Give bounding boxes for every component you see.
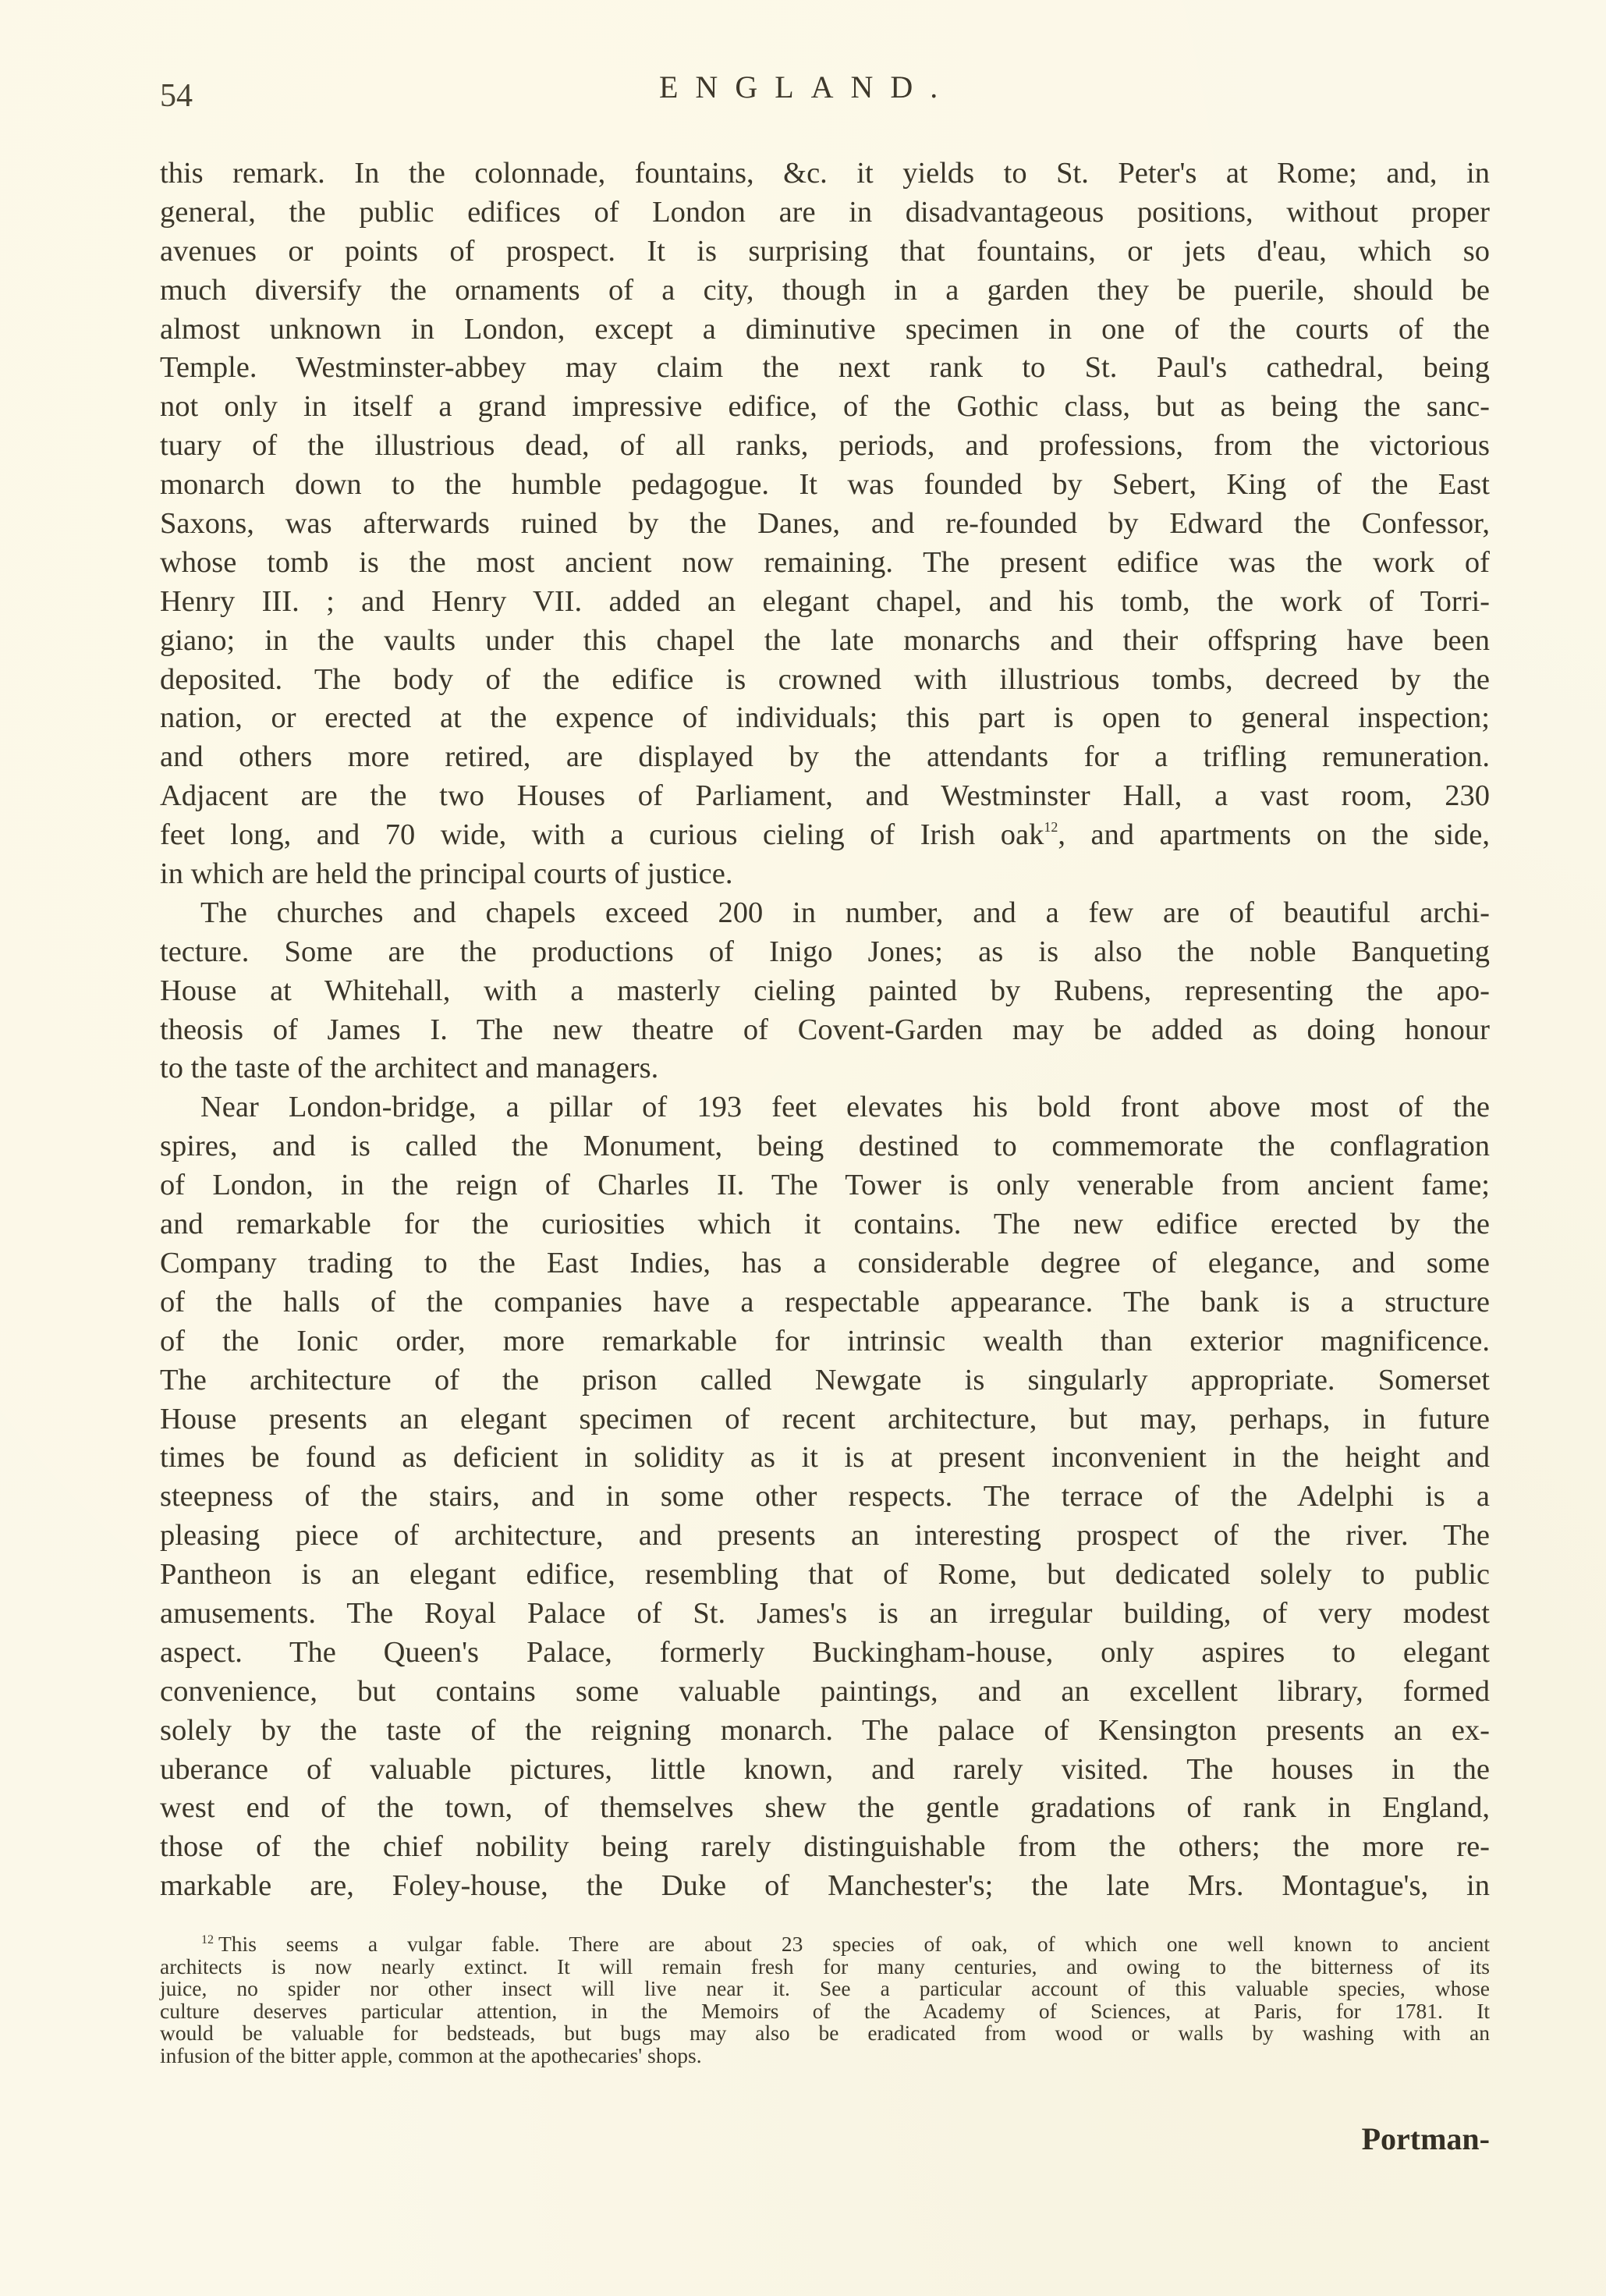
text-line: The architecture of the prison called Ne… [160,1361,1490,1400]
footnote-line: culture deserves particular attention, i… [160,2000,1490,2023]
text-line: those of the chief nobility being rarely… [160,1828,1490,1867]
text-line: nation, or erected at the expence of ind… [160,699,1490,738]
running-head: 54 ENGLAND. [160,72,1490,119]
text-line: House at Whitehall, with a masterly ciel… [160,972,1490,1011]
text-line: whose tomb is the most ancient now remai… [160,544,1490,583]
text-line: Henry III. ; and Henry VII. added an ele… [160,583,1490,622]
text-line: almost unknown in London, except a dimin… [160,311,1490,350]
text-segment: , and apartments on the side, [1058,818,1490,851]
running-title: ENGLAND. [659,72,955,103]
footnote-block: 12This seems a vulgar fable. There are a… [201,1933,1490,2067]
text-segment: feet long, and 70 wide, with a curious c… [160,818,1044,851]
footnote-reference[interactable]: 12 [1044,819,1058,835]
text-line: times be found as deficient in solidity … [160,1439,1490,1478]
text-line: Pantheon is an elegant edifice, resembli… [160,1556,1490,1595]
body-text: this remark. In the colonnade, fountains… [160,154,1490,1906]
text-line: markable are, Foley-house, the Duke of M… [160,1867,1490,1906]
text-line: avenues or points of prospect. It is sur… [160,232,1490,271]
text-line: steepness of the stairs, and in some oth… [160,1478,1490,1517]
text-line: tuary of the illustrious dead, of all ra… [160,427,1490,466]
text-line: of the Ionic order, more remarkable for … [160,1322,1490,1361]
text-line: aspect. The Queen's Palace, formerly Buc… [160,1634,1490,1673]
text-line: Adjacent are the two Houses of Parliamen… [160,777,1490,816]
text-line: of London, in the reign of Charles II. T… [160,1166,1490,1205]
text-line: in which are held the principal courts o… [160,855,1490,894]
text-line: monarch down to the humble pedagogue. It… [160,466,1490,505]
text-line: spires, and is called the Monument, bein… [160,1127,1490,1166]
text-line: House presents an elegant specimen of re… [160,1400,1490,1439]
footnote-line: would be valuable for bedsteads, but bug… [160,2022,1490,2045]
text-line: much diversify the ornaments of a city, … [160,271,1490,311]
footnote-line: infusion of the bitter apple, common at … [160,2045,1490,2067]
text-line: tecture. Some are the productions of Ini… [160,933,1490,972]
text-line: to the taste of the architect and manage… [160,1049,1490,1088]
text-line: uberance of valuable pictures, little kn… [160,1751,1490,1790]
text-line: this remark. In the colonnade, fountains… [160,154,1490,193]
footnote-line: juice, no spider nor other insect will l… [160,1978,1490,2000]
footnote-line: 12This seems a vulgar fable. There are a… [201,1933,1490,1956]
text-line: solely by the taste of the reigning mona… [160,1712,1490,1751]
page-number: 54 [160,80,193,112]
text-line-with-note: feet long, and 70 wide, with a curious c… [160,816,1490,855]
catchword: Portman- [1362,2124,1490,2155]
text-line: not only in itself a grand impressive ed… [160,388,1490,427]
footnote-marker: 12 [201,1933,214,1946]
text-line: west end of the town, of themselves shew… [160,1789,1490,1828]
text-line: Saxons, was afterwards ruined by the Dan… [160,505,1490,544]
text-line: theosis of James I. The new theatre of C… [160,1011,1490,1050]
text-line: giano; in the vaults under this chapel t… [160,622,1490,661]
text-line: and remarkable for the curiosities which… [160,1205,1490,1244]
text-line: general, the public edifices of London a… [160,193,1490,232]
footnote-text: This seems a vulgar fable. There are abo… [218,1932,1490,1956]
text-line: deposited. The body of the edifice is cr… [160,661,1490,700]
text-line: Temple. Westminster-abbey may claim the … [160,349,1490,388]
text-line: Company trading to the East Indies, has … [160,1244,1490,1283]
text-line: and others more retired, are displayed b… [160,738,1490,777]
paragraph-start-line: The churches and chapels exceed 200 in n… [160,894,1490,933]
text-line: convenience, but contains some valuable … [160,1673,1490,1712]
book-page: 54 ENGLAND. this remark. In the colonnad… [0,0,1606,2296]
footnote-line: architects is now nearly extinct. It wil… [160,1956,1490,1978]
paragraph-start-line: Near London-bridge, a pillar of 193 feet… [160,1088,1490,1127]
text-line: amusements. The Royal Palace of St. Jame… [160,1595,1490,1634]
text-line: pleasing piece of architecture, and pres… [160,1517,1490,1556]
text-line: of the halls of the companies have a res… [160,1283,1490,1322]
